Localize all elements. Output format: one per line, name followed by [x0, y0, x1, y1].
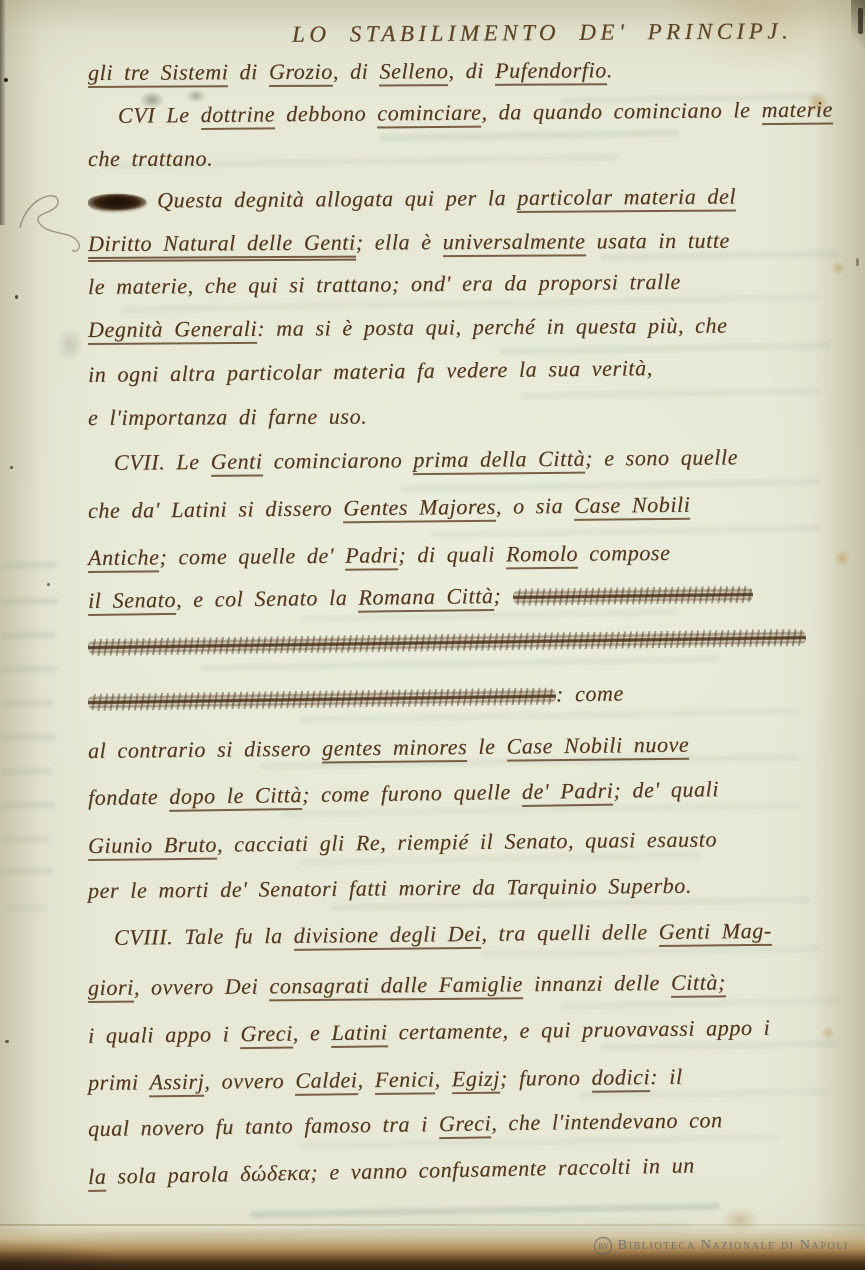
text-segment: i quali appo i — [88, 1021, 241, 1048]
manuscript-line: al contrario si dissero gentes minores l… — [88, 732, 690, 764]
text-segment: Latini — [331, 1019, 388, 1048]
text-segment: : il — [650, 1064, 683, 1089]
text-segment: dodici — [591, 1064, 650, 1093]
text-segment: ; come quelle de' — [159, 543, 345, 570]
text-segment: sola parola δώδεκα; e vanno confusamente… — [106, 1152, 695, 1188]
manuscript-page-scan: LO STABILIMENTO DE' PRINCIPJ. gli tre Si… — [0, 0, 865, 1270]
manuscript-line: fondate dopo le Città; come furono quell… — [88, 776, 719, 811]
manuscript-line: che da' Latini si dissero Gentes Majores… — [88, 492, 691, 524]
text-segment: Assirj — [149, 1069, 204, 1098]
ink-speck — [15, 295, 18, 299]
text-segment: gli tre Sistemi — [88, 59, 229, 88]
crossed-out-scribble — [88, 687, 556, 711]
manuscript-text: gli tre Sistemi di Grozio, di Selleno, d… — [0, 0, 865, 1270]
manuscript-line: per le morti de' Senatori fatti morire d… — [88, 873, 692, 904]
text-segment: , o sia — [496, 493, 575, 519]
text-segment: ; come furono quelle — [302, 779, 522, 807]
text-segment: al contrario si dissero — [88, 736, 322, 763]
manuscript-line: Diritto Natural delle Genti; ella è univ… — [88, 228, 730, 257]
text-segment: Antiche — [88, 544, 160, 573]
manuscript-line: e l'importanza di farne uso. — [88, 404, 367, 431]
manuscript-line: giori, ovvero Dei consagrati dalle Famig… — [88, 969, 726, 1001]
manuscript-line — [88, 623, 806, 659]
text-segment: Giunio Bruto — [88, 832, 217, 861]
text-segment: , — [434, 1066, 451, 1091]
text-segment: compose — [578, 540, 670, 566]
manuscript-line: Antiche; come quelle de' Padri; di quali… — [88, 540, 671, 571]
text-segment: Romana Città — [358, 583, 493, 613]
text-segment: fondate — [88, 784, 170, 810]
text-segment: Greci — [240, 1020, 293, 1049]
text-segment: le — [467, 734, 507, 759]
text-segment: certamente, e qui pruovavassi appo i — [387, 1015, 770, 1045]
text-segment: , che l'intendevano con — [491, 1107, 723, 1135]
text-segment: , tra quelli delle — [481, 919, 659, 946]
text-segment: giori — [88, 975, 134, 1003]
text-segment: ; de' quali — [613, 776, 719, 802]
text-segment: e l'importanza di farne uso. — [88, 404, 367, 430]
text-segment: ; — [493, 583, 512, 608]
text-segment: cominciarono — [262, 447, 413, 473]
manuscript-line: le materie, che qui si trattano; ond' er… — [88, 269, 681, 300]
text-segment: qual novero fu tanto famoso tra i — [88, 1111, 439, 1141]
ink-speck — [47, 583, 50, 586]
text-segment: , cacciati gli Re, riempié il Senato, qu… — [217, 826, 717, 856]
text-segment: cominciare — [377, 100, 481, 129]
manuscript-line: gli tre Sistemi di Grozio, di Selleno, d… — [88, 57, 613, 86]
text-segment: de' Padri — [522, 778, 614, 807]
text-segment: Padri — [345, 542, 398, 570]
text-segment: gentes minores — [322, 734, 467, 764]
text-segment: Città; — [671, 969, 726, 997]
text-segment: Genti — [211, 448, 263, 476]
manuscript-line: : come — [88, 681, 624, 714]
text-segment: dottrine — [201, 101, 276, 130]
crossed-out-scribble — [88, 629, 806, 656]
ink-speck — [10, 466, 13, 469]
manuscript-line: Giunio Bruto, cacciati gli Re, riempié i… — [88, 826, 717, 859]
text-segment: consagrati dalle Famiglie — [269, 971, 523, 1001]
logo-monogram: BN — [598, 1242, 609, 1251]
text-segment: Egizj — [452, 1066, 501, 1095]
text-segment: Degnità Generali — [88, 316, 257, 345]
text-segment: dopo le Città — [169, 782, 302, 812]
text-segment: ; di quali — [398, 541, 506, 567]
text-segment: Gentes Majores — [343, 494, 496, 524]
text-segment: Genti Mag- — [659, 918, 772, 947]
manuscript-line: che trattano. — [88, 146, 213, 172]
text-segment: prima della Città — [413, 446, 585, 475]
page-top-right-corner-shadow — [851, 0, 865, 60]
text-segment: la — [88, 1164, 107, 1192]
crossed-out-scribble — [512, 586, 752, 606]
text-segment: Romolo — [506, 541, 578, 570]
manuscript-line: la sola parola δώδεκα; e vanno confusame… — [88, 1152, 695, 1190]
text-segment: , e col Senato la — [176, 585, 359, 612]
manuscript-line: qual novero fu tanto famoso tra i Greci,… — [88, 1107, 723, 1142]
text-segment: , ovvero Dei — [134, 973, 270, 999]
text-segment: , da quando cominciano le — [481, 97, 761, 124]
text-segment: Grozio — [269, 59, 333, 87]
text-segment: : ma si è posta qui, perché in questa pi… — [257, 313, 727, 341]
library-logo-icon: BN — [593, 1236, 613, 1256]
manuscript-line: CVII. Le Genti cominciarono prima della … — [88, 444, 738, 476]
text-segment: particolar materia del — [517, 183, 736, 213]
text-segment: universalmente — [443, 228, 586, 257]
manuscript-line: Degnità Generali: ma si è posta qui, per… — [88, 313, 728, 343]
text-segment: ; furono — [500, 1065, 592, 1091]
text-segment: Fenici — [375, 1066, 435, 1095]
ink-speck — [5, 1040, 9, 1043]
text-segment: , — [357, 1067, 374, 1092]
text-segment: , di — [333, 58, 380, 83]
text-segment: il Senato — [88, 587, 176, 616]
text-segment: Diritto Natural delle Genti — [88, 230, 356, 262]
manuscript-line: i quali appo i Greci, e Latini certament… — [88, 1015, 771, 1049]
text-segment: per le morti de' Senatori fatti morire d… — [88, 873, 692, 903]
text-segment: Caldei — [295, 1067, 358, 1096]
text-segment: Case Nobili — [574, 492, 690, 521]
edge-nick — [856, 258, 859, 266]
library-watermark: BN Biblioteca Nazionale di Napoli — [593, 1236, 849, 1256]
manuscript-line: in ogni altra particolar materia fa vede… — [88, 355, 653, 388]
text-segment: Greci — [439, 1110, 492, 1139]
text-segment: usata in tutte — [585, 228, 730, 254]
manuscript-line: CVI Le dottrine debbono cominciare, da q… — [88, 96, 833, 129]
manuscript-line: primi Assirj, ovvero Caldei, Fenici, Egi… — [88, 1064, 683, 1096]
text-segment: CVI Le — [118, 102, 201, 128]
text-segment: che trattano. — [88, 146, 213, 171]
text-segment: materie — [761, 96, 833, 125]
text-segment: , di — [448, 58, 495, 83]
page-left-edge-shadow — [0, 0, 6, 225]
text-segment: Pufendorfio — [495, 57, 607, 86]
text-segment: ; ella è — [356, 229, 443, 254]
text-segment: primi — [88, 1069, 150, 1095]
manuscript-line: il Senato, e col Senato la Romana Città; — [88, 580, 753, 614]
text-segment: innanzi delle — [523, 970, 671, 996]
text-segment: Selleno — [379, 58, 448, 86]
text-segment: di — [228, 59, 269, 84]
text-segment: che da' Latini si dissero — [88, 495, 344, 523]
text-segment: : come — [556, 681, 624, 707]
text-segment: in ogni altra particolar materia fa vede… — [88, 355, 653, 387]
text-segment: CVII. Le — [114, 449, 211, 475]
text-segment: debbono — [275, 100, 377, 126]
watermark-label: Biblioteca Nazionale di Napoli — [618, 1238, 849, 1254]
text-segment: , ovvero — [204, 1068, 295, 1094]
manuscript-line: CVIII. Tale fu la divisione degli Dei, t… — [88, 918, 772, 951]
ink-blot — [88, 194, 146, 211]
text-segment: Case Nobili nuove — [506, 732, 689, 762]
manuscript-line: Questa degnità allogata qui per la parti… — [88, 183, 736, 214]
text-segment: ; e sono quelle — [585, 444, 738, 470]
text-segment: divisione degli Dei — [294, 921, 482, 951]
text-segment: CVIII. Tale fu la — [114, 923, 294, 950]
text-segment: . — [607, 57, 613, 82]
text-segment: , e — [293, 1020, 332, 1045]
text-segment: Questa degnità allogata qui per la — [146, 185, 517, 213]
text-segment: le materie, che qui si trattano; ond' er… — [88, 269, 681, 299]
